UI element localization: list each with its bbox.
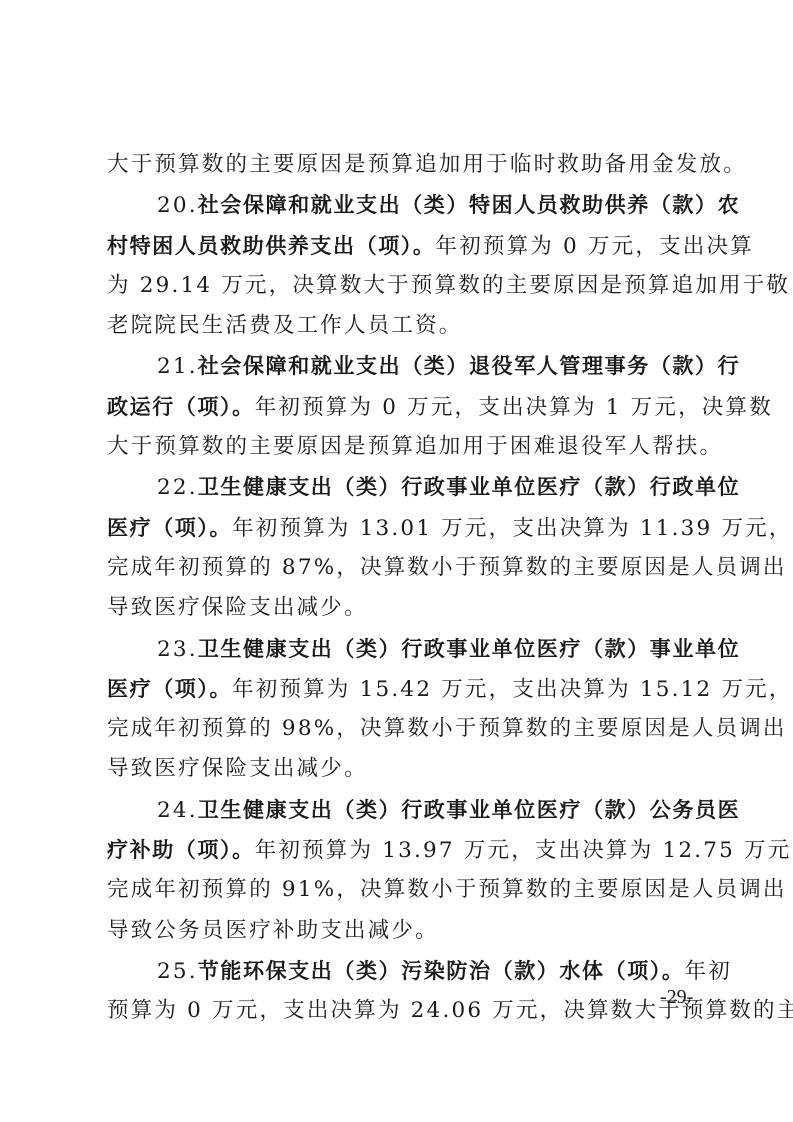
text-segment: 年初预算为 13.97 万元，支出决算为 12.75 万元， [255, 838, 793, 863]
text-line: 23.卫生健康支出（类）行政事业单位医疗（款）事业单位 [107, 629, 697, 669]
text-segment: 20. [157, 193, 198, 218]
text-segment: 完成年初预算的 98%，决算数小于预算数的主要原因是人员调出 [107, 716, 787, 741]
text-line: 完成年初预算的 91%，决算数小于预算数的主要原因是人员调出 [107, 870, 697, 910]
text-segment: 导致公务员医疗补助支出减少。 [107, 918, 439, 943]
text-segment: 为 29.14 万元，决算数大于预算数的主要原因是预算追加用于敬 [107, 273, 790, 298]
text-line: 医疗（项）。年初预算为 15.42 万元，支出决算为 15.12 万元， [107, 669, 697, 709]
text-segment: 老院院民生活费及工作人员工资。 [107, 313, 463, 338]
text-line: 疗补助（项）。年初预算为 13.97 万元，支出决算为 12.75 万元， [107, 830, 697, 870]
bold-heading-segment: 村特困人员救助供养支出（项）。 [107, 234, 436, 258]
body-text: 大于预算数的主要原因是预算追加用于临时救助备用金发放。20.社会保障和就业支出（… [107, 145, 697, 1032]
text-line: 21.社会保障和就业支出（类）退役军人管理事务（款）行 [107, 346, 697, 386]
text-segment: 21. [157, 354, 198, 379]
text-segment: 22. [157, 475, 198, 500]
bold-heading-segment: 卫生健康支出（类）行政事业单位医疗（款）行政单位 [198, 475, 740, 499]
text-line: 为 29.14 万元，决算数大于预算数的主要原因是预算追加用于敬 [107, 266, 697, 306]
text-segment: 年初预算为 13.01 万元，支出决算为 11.39 万元， [232, 516, 792, 541]
text-line: 导致医疗保险支出减少。 [107, 749, 697, 789]
bold-heading-segment: 政运行（项）。 [107, 395, 255, 419]
text-line: 完成年初预算的 98%，决算数小于预算数的主要原因是人员调出 [107, 709, 697, 749]
page-number: -29- [660, 986, 693, 1009]
text-segment: 导致医疗保险支出减少。 [107, 756, 368, 781]
text-line: 医疗（项）。年初预算为 13.01 万元，支出决算为 11.39 万元， [107, 508, 697, 548]
text-line: 20.社会保障和就业支出（类）特困人员救助供养（款）农 [107, 185, 697, 225]
text-segment: 大于预算数的主要原因是预算追加用于临时救助备用金发放。 [107, 152, 747, 177]
text-line: 村特困人员救助供养支出（项）。年初预算为 0 万元，支出决算 [107, 226, 697, 266]
text-line: 政运行（项）。年初预算为 0 万元，支出决算为 1 万元，决算数 [107, 387, 697, 427]
bold-heading-segment: 社会保障和就业支出（类）退役军人管理事务（款）行 [198, 354, 740, 378]
document-page: 大于预算数的主要原因是预算追加用于临时救助备用金发放。20.社会保障和就业支出（… [0, 0, 793, 1122]
text-line: 导致公务员医疗补助支出减少。 [107, 911, 697, 951]
text-segment: 年初预算为 15.42 万元，支出决算为 15.12 万元， [232, 677, 792, 702]
text-segment: 24. [157, 798, 198, 823]
text-line: 导致医疗保险支出减少。 [107, 588, 697, 628]
text-line: 大于预算数的主要原因是预算追加用于困难退役军人帮扶。 [107, 427, 697, 467]
text-segment: 年初 [685, 959, 732, 984]
text-line: 25.节能环保支出（类）污染防治（款）水体（项）。年初 [107, 951, 697, 991]
bold-heading-segment: 疗补助（项）。 [107, 838, 255, 862]
text-segment: 23. [157, 637, 198, 662]
text-line: 老院院民生活费及工作人员工资。 [107, 306, 697, 346]
bold-heading-segment: 医疗（项）。 [107, 516, 232, 540]
text-line: 预算为 0 万元，支出决算为 24.06 万元，决算数大于预算数的主 [107, 991, 697, 1031]
text-line: 22.卫生健康支出（类）行政事业单位医疗（款）行政单位 [107, 467, 697, 507]
text-line: 完成年初预算的 87%，决算数小于预算数的主要原因是人员调出 [107, 548, 697, 588]
text-segment: 25. [157, 959, 198, 984]
bold-heading-segment: 卫生健康支出（类）行政事业单位医疗（款）公务员医 [198, 798, 740, 822]
bold-heading-segment: 节能环保支出（类）污染防治（款）水体（项）。 [198, 959, 685, 983]
text-segment: 年初预算为 0 万元，支出决算为 1 万元，决算数 [255, 395, 773, 420]
bold-heading-segment: 卫生健康支出（类）行政事业单位医疗（款）事业单位 [198, 637, 740, 661]
text-segment: 大于预算数的主要原因是预算追加用于困难退役军人帮扶。 [107, 434, 723, 459]
text-segment: 完成年初预算的 91%，决算数小于预算数的主要原因是人员调出 [107, 877, 787, 902]
bold-heading-segment: 社会保障和就业支出（类）特困人员救助供养（款）农 [198, 193, 740, 217]
text-segment: 年初预算为 0 万元，支出决算 [436, 234, 754, 259]
text-line: 24.卫生健康支出（类）行政事业单位医疗（款）公务员医 [107, 790, 697, 830]
text-segment: 完成年初预算的 87%，决算数小于预算数的主要原因是人员调出 [107, 555, 787, 580]
text-line: 大于预算数的主要原因是预算追加用于临时救助备用金发放。 [107, 145, 697, 185]
bold-heading-segment: 医疗（项）。 [107, 677, 232, 701]
text-segment: 导致医疗保险支出减少。 [107, 595, 368, 620]
